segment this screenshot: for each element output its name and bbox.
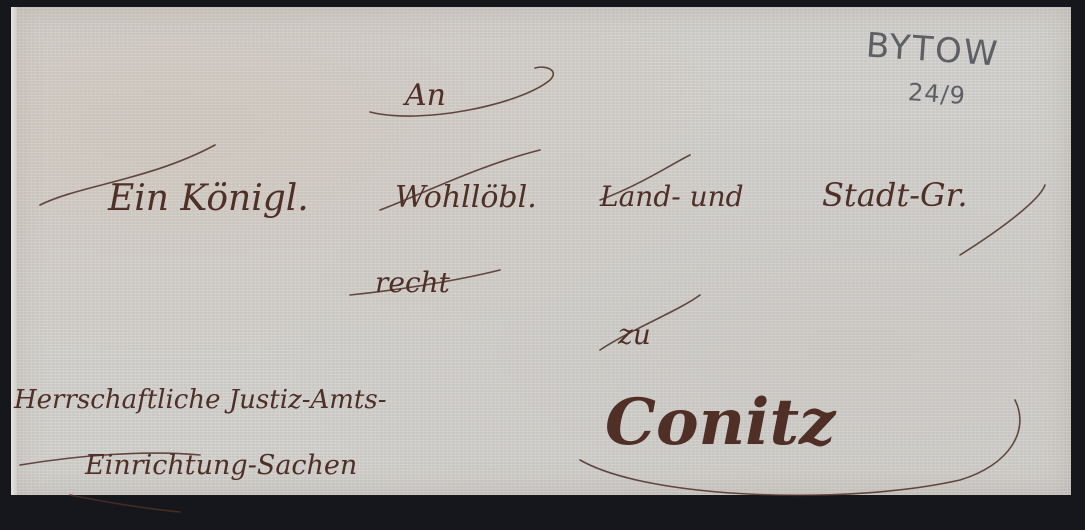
address-line-1-part-2: Wohllöbl. [395, 180, 537, 215]
address-line-2: recht [375, 266, 450, 299]
postmark-date: 24/9 [907, 78, 967, 110]
subject-line-2: Einrichtung-Sachen [85, 450, 357, 481]
salutation: An [405, 78, 446, 113]
preposition: zu [618, 318, 651, 351]
subject-line-1: Herrschaftliche Justiz-Amts- [14, 385, 387, 415]
paper-fold-edge [11, 7, 17, 495]
address-line-1-part-3: Land- und [600, 180, 744, 213]
destination-city: Conitz [605, 385, 835, 460]
address-line-1-part-1: Ein Königl. [108, 178, 309, 219]
address-line-1-part-4: Stadt-Gr. [822, 176, 968, 214]
